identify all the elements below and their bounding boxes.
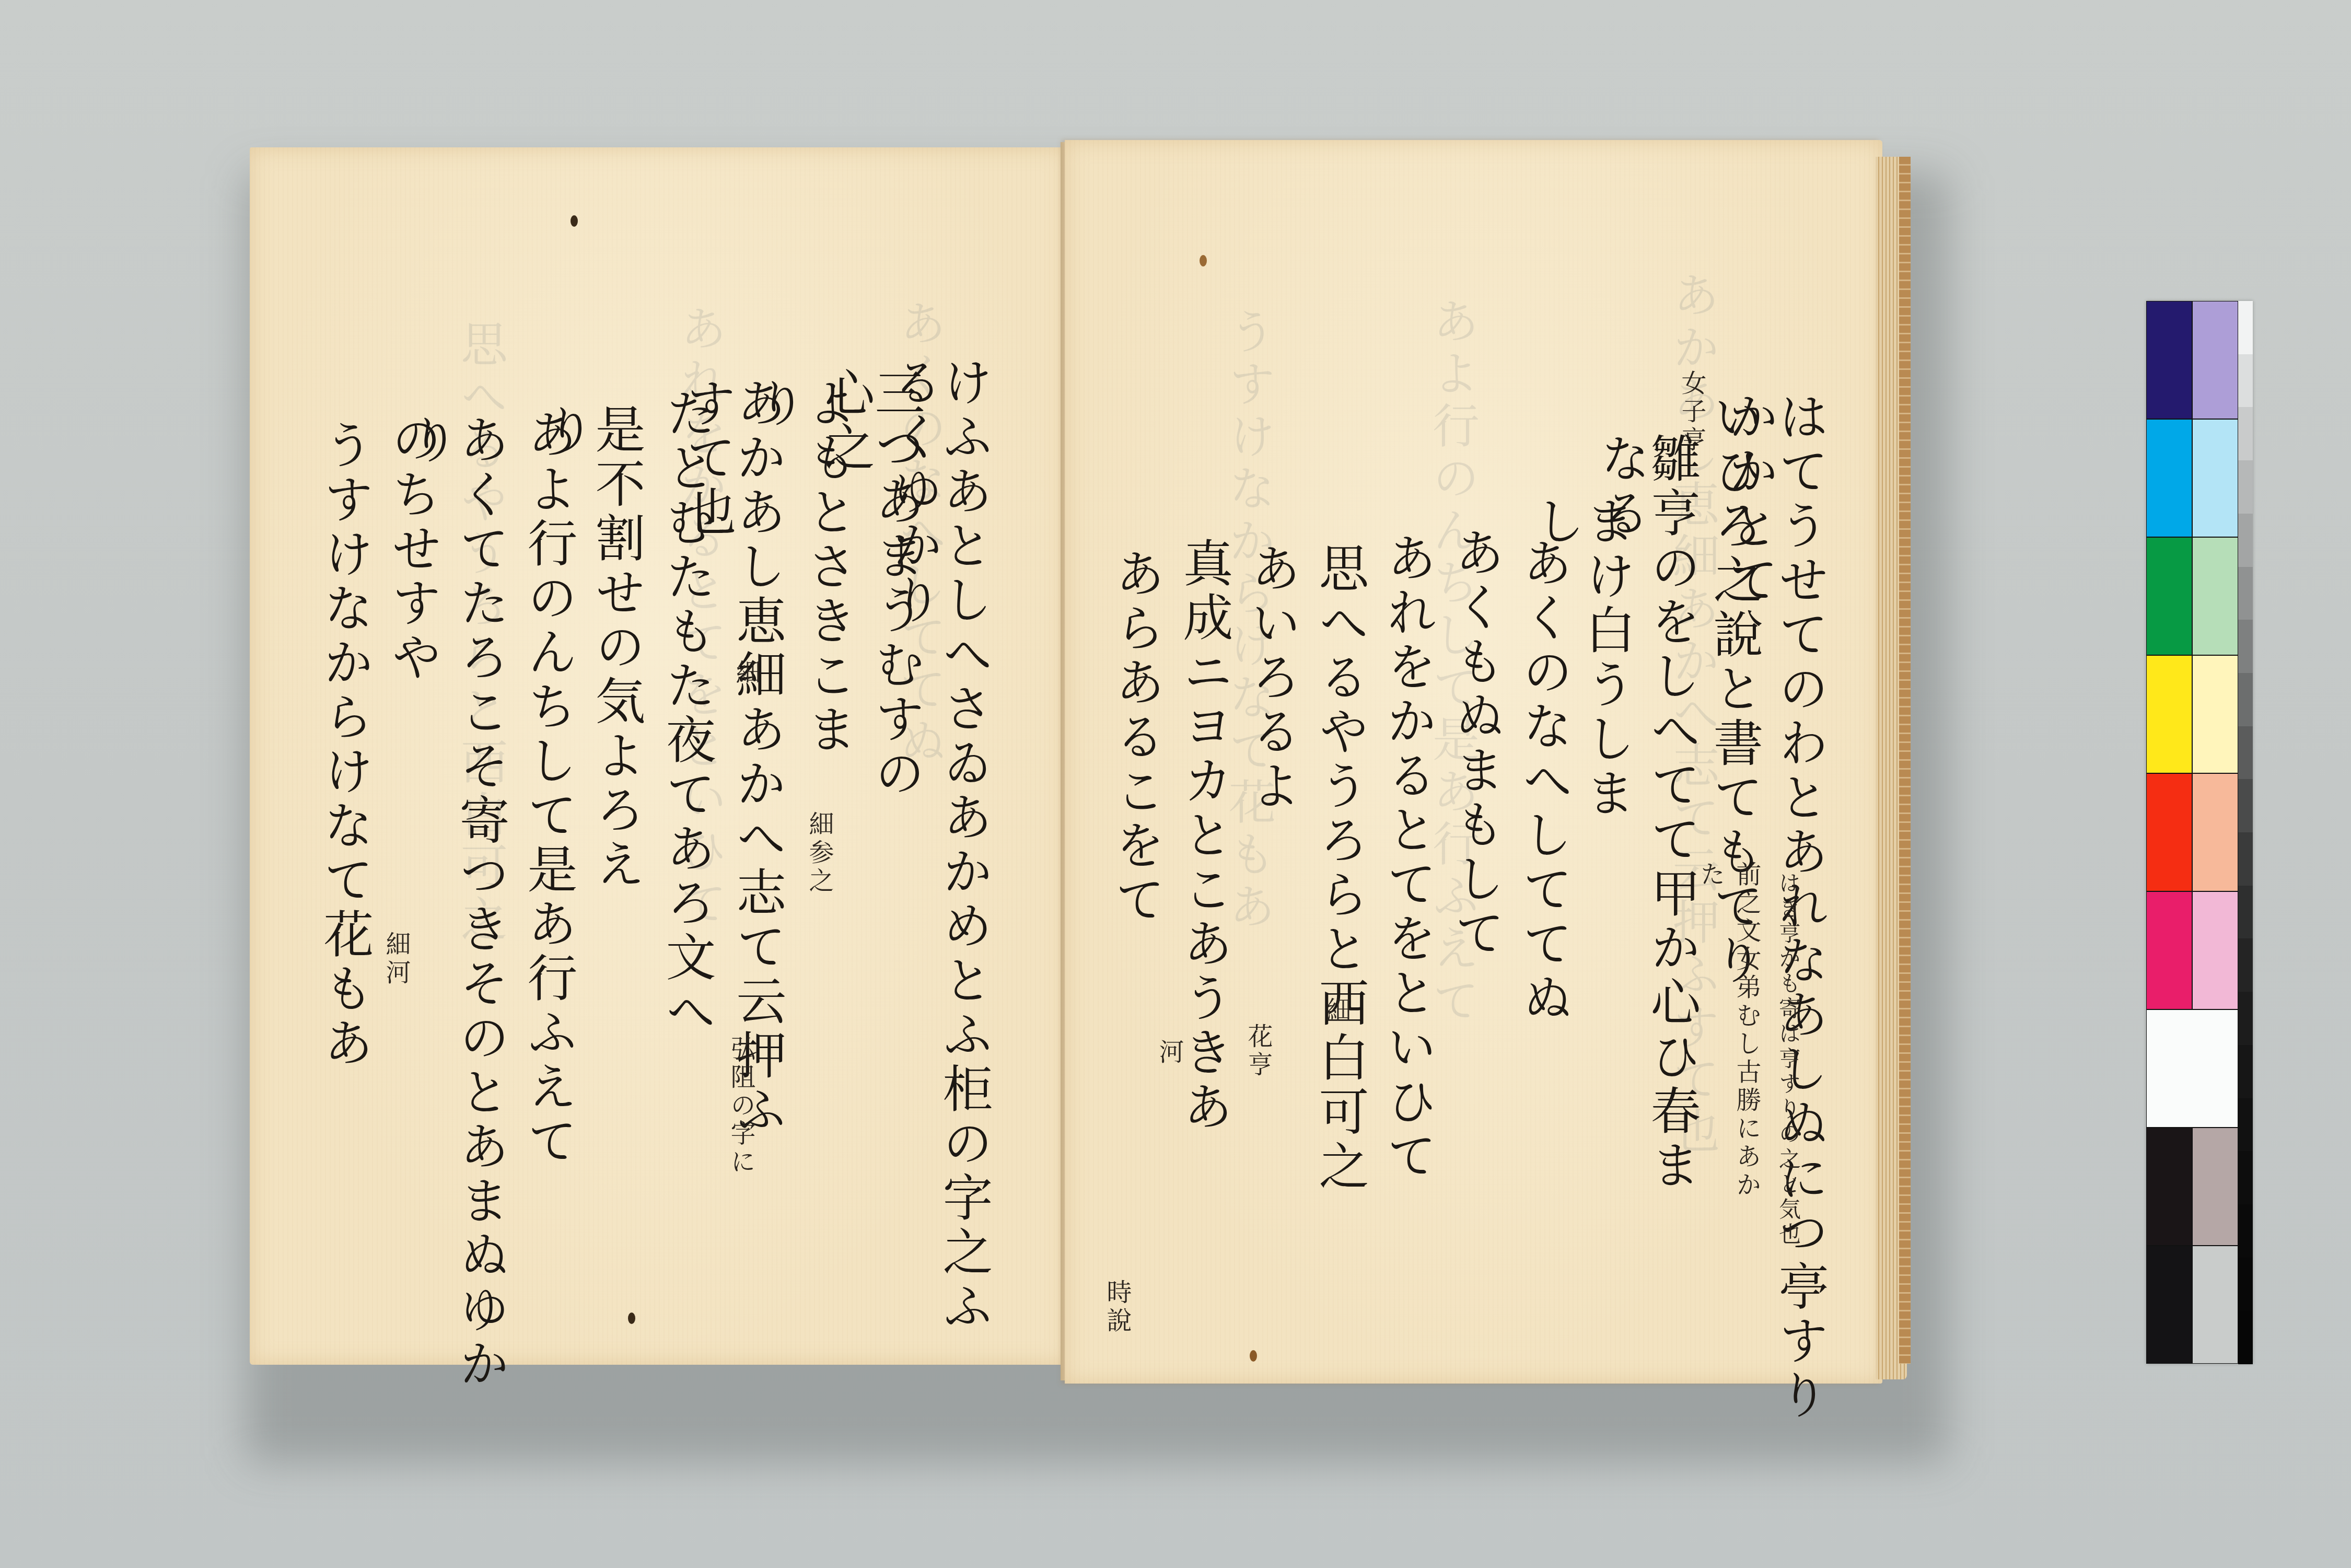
gray-scale-step xyxy=(2238,726,2253,780)
text-column: 真成ニヨカとこあうきあ xyxy=(1179,537,1229,1425)
annotation: 細河 xyxy=(378,931,414,1036)
color-patch xyxy=(2146,891,2192,1009)
gray-scale-step xyxy=(2238,779,2253,833)
text-column: あらあるこをて xyxy=(1111,548,1161,1331)
text-column: あいろるよ xyxy=(1247,542,1297,1065)
text-column: うすけなからけなて花もあ xyxy=(320,419,370,1412)
gray-scale-step xyxy=(2238,832,2253,886)
right-page: あかあし恵細あかへ志て云押ふすて也 あよ行のんちして是あ行ふえて うすけなからけ… xyxy=(1065,140,1882,1384)
foxing-spot xyxy=(1200,255,1207,266)
annotation: はき亨かも寄は亨すりの之と気也 xyxy=(1773,872,1804,1290)
color-patch xyxy=(2146,1246,2192,1364)
ink-spot xyxy=(628,1313,635,1324)
gray-scale-step xyxy=(2238,460,2253,514)
color-patch xyxy=(2192,655,2238,773)
gray-scale-step xyxy=(2238,567,2253,621)
color-patch xyxy=(2192,1128,2238,1246)
annotation: 前之文女弟むし古勝にあかた xyxy=(1693,861,1765,1201)
annotation: 時說 xyxy=(1099,1279,1135,1384)
color-patch xyxy=(2146,419,2192,537)
gray-scale-step xyxy=(2238,1045,2253,1099)
gray-scale-step xyxy=(2238,673,2253,727)
annotation: 細 xyxy=(728,659,764,764)
text-column: のちせすや xyxy=(388,414,438,780)
gray-scale-step xyxy=(2238,514,2253,567)
book-cover-edge xyxy=(1899,157,1911,1364)
annotation: 河 xyxy=(1151,1039,1188,1091)
gray-scale-step xyxy=(2238,354,2253,408)
text-column: あくもぬまもして xyxy=(1451,527,1501,1310)
color-patch xyxy=(2192,537,2238,655)
gray-scale-step xyxy=(2238,992,2253,1046)
gray-scale-step xyxy=(2238,407,2253,461)
gray-scale-step xyxy=(2238,301,2253,355)
color-patch xyxy=(2146,537,2192,655)
color-patch xyxy=(2192,891,2238,1009)
text-column: あくのなへしててぬ xyxy=(1519,537,1569,1216)
gray-scale-step xyxy=(2238,620,2253,673)
color-patch xyxy=(2146,655,2192,773)
annotation: 弘阻の字に xyxy=(723,1036,759,1245)
text-column: あよ行のんちして是あ行ふえて xyxy=(523,409,574,1401)
gray-scale-step xyxy=(2238,938,2253,992)
color-patch xyxy=(2146,301,2192,419)
left-page: あくのなへしててぬ あれをかるとてをといひて 思へるやうろらと西白可之 けふあと… xyxy=(250,147,1067,1365)
color-checker-card xyxy=(2146,301,2253,1364)
white-patch xyxy=(2146,1009,2238,1128)
foxing-spot xyxy=(1250,1350,1257,1362)
text-column: あれをかるとてをといひて xyxy=(1383,532,1433,1420)
text-column: たとむたもた夜てあろ文へ xyxy=(662,388,712,1119)
gray-scale-step xyxy=(2238,886,2253,939)
annotation: 細 xyxy=(1319,997,1355,1060)
color-patch xyxy=(2192,419,2238,537)
color-patch xyxy=(2192,301,2238,419)
gray-scale-step xyxy=(2238,1310,2253,1364)
annotation: 花亨 xyxy=(1240,1023,1276,1128)
color-patch xyxy=(2192,773,2238,891)
ink-spot xyxy=(571,215,578,227)
gray-scale-step xyxy=(2238,1098,2253,1152)
color-patch xyxy=(2192,1246,2238,1364)
color-patch xyxy=(2146,773,2192,891)
gray-scale-step xyxy=(2238,1151,2253,1205)
gray-scale-step xyxy=(2238,1258,2253,1311)
color-patch xyxy=(2146,1128,2192,1246)
annotation: 細参之 xyxy=(801,811,837,1020)
gray-scale-step xyxy=(2238,1204,2253,1258)
text-column: 思へるやうろらと西白可之 xyxy=(1315,542,1365,1274)
